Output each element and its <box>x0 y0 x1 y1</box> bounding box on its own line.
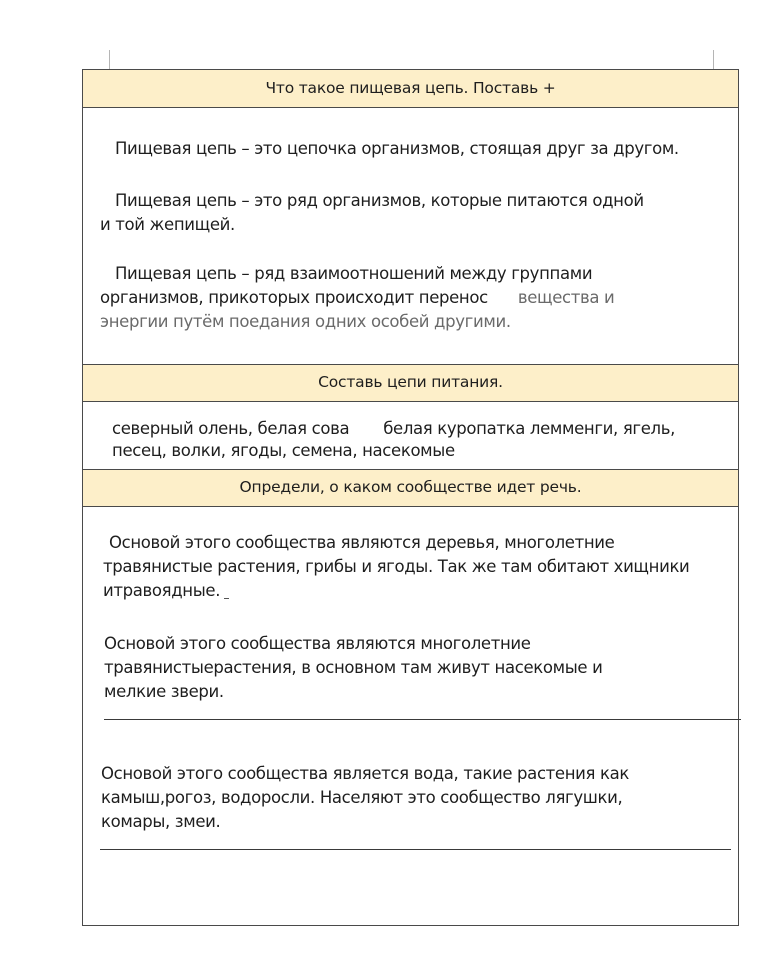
statement-3-faded-text: вещества и <box>518 288 615 307</box>
worksheet-table: Что такое пищевая цепь. Поставь + Пищева… <box>82 69 739 926</box>
statement-3-line-3: энергии путём поедания одних особей друг… <box>100 310 614 334</box>
statement-1-line-1: Пищевая цепь – это цепочка организмов, с… <box>115 139 679 158</box>
description-3-line-1: Основой этого сообщества является вода, … <box>101 762 629 786</box>
answer-line-2[interactable] <box>104 719 741 720</box>
community-description-3: Основой этого сообщества является вода, … <box>101 762 629 834</box>
word-bank-line-1: северный олень, белая совабелая куропатк… <box>112 418 675 440</box>
description-2-line-2: травянистыерастения, в основном там живу… <box>104 656 602 680</box>
statement-2-line-2: и той жепищей. <box>100 213 644 237</box>
text-cursor-mark <box>224 598 229 599</box>
word-bank: северный олень, белая совабелая куропатк… <box>112 418 675 462</box>
community-description-2: Основой этого сообщества являются многол… <box>104 632 602 704</box>
description-1-line-2: травянистые растения, грибы и ягоды. Так… <box>103 555 689 579</box>
description-3-line-3: комары, змеи. <box>101 810 629 834</box>
description-1-line-1: Основой этого сообщества являются деревь… <box>103 531 689 555</box>
statement-2[interactable]: Пищевая цепь – это ряд организмов, котор… <box>100 189 644 237</box>
statement-1[interactable]: Пищевая цепь – это цепочка организмов, с… <box>115 137 679 161</box>
description-3-line-2: камыш,рогоз, водоросли. Населяют это соо… <box>101 786 629 810</box>
statement-2-line-1: Пищевая цепь – это ряд организмов, котор… <box>100 189 644 213</box>
section-header-identify-community: Определи, о каком сообществе идет речь. <box>83 469 738 507</box>
statement-3[interactable]: Пищевая цепь – ряд взаимоотношений между… <box>100 262 614 334</box>
statement-3-line-1: Пищевая цепь – ряд взаимоотношений между… <box>100 262 614 286</box>
section-header-compose-chains: Составь цепи питания. <box>83 364 738 402</box>
answer-line-3[interactable] <box>100 849 731 850</box>
margin-tick-right <box>713 50 714 69</box>
margin-tick-left <box>109 50 110 69</box>
description-1-line-3: итравоядные. <box>103 579 689 603</box>
description-2-line-1: Основой этого сообщества являются многол… <box>104 632 602 656</box>
section-header-food-chain-definition: Что такое пищевая цепь. Поставь + <box>83 70 738 108</box>
description-2-line-3: мелкие звери. <box>104 680 602 704</box>
word-bank-line-2: песец, волки, ягоды, семена, насекомые <box>112 440 675 462</box>
statement-3-line-2-text: организмов, прикоторых происходит перено… <box>100 288 488 307</box>
statement-3-line-2: организмов, прикоторых происходит перено… <box>100 286 614 310</box>
community-description-1: Основой этого сообщества являются деревь… <box>103 531 689 603</box>
